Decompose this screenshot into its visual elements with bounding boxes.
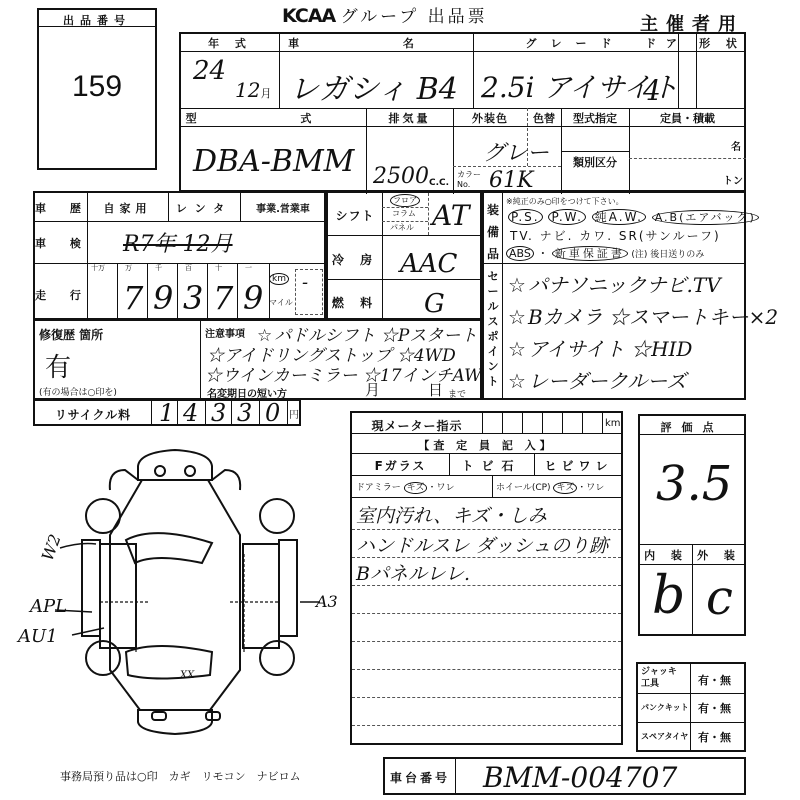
equip-ps[interactable]: P.S. xyxy=(508,209,543,225)
exterior-label: 外 装 xyxy=(692,547,746,563)
year-label: 年 式 xyxy=(181,35,279,51)
inspector-title: 【査 定 員 記 入】 xyxy=(352,437,621,453)
sales-point-3: アイサイト ☆HID xyxy=(508,333,692,362)
caution-label: 注意事項 xyxy=(205,325,245,340)
car-outline-icon xyxy=(0,430,350,740)
tool-punctkit-value[interactable]: 有・無 xyxy=(698,700,731,716)
history-label: 車 歴 xyxy=(35,200,87,216)
annotation-a3: A3 xyxy=(316,592,338,611)
tool-jack-label: ジャッキ 工具 xyxy=(641,666,687,690)
repair-caution-table: 修復歴 箇所 有 (有の場合は○印を) 注意事項 パドルシフト ☆Pスタート ☆… xyxy=(33,319,482,400)
fuel-value: G xyxy=(424,289,445,319)
annotation-au1: AU1 xyxy=(18,626,58,647)
month-value: 12月 xyxy=(235,78,271,102)
inspector-note-1: 室内汚れ、キズ・しみ xyxy=(356,501,547,528)
tools-box: ジャッキ 工具 有・無 パンクキット 有・無 スペアタイヤ 有・無 xyxy=(636,662,746,752)
equipment-row2[interactable]: TV. ナビ. カワ. SR(サンルーフ) xyxy=(510,227,721,244)
tool-spare-value[interactable]: 有・無 xyxy=(698,729,731,745)
model-label: 型 式 xyxy=(181,110,366,126)
tool-jack-value[interactable]: 有・無 xyxy=(698,672,731,688)
meter-label: 現メーター指示 xyxy=(352,417,482,434)
equipment-note: ※純正のみ○印をつけて下さい。 xyxy=(506,196,624,207)
mile-box: - xyxy=(295,269,323,315)
sales-point-1: パナソニックナビ.TV xyxy=(508,269,721,298)
history-option-private[interactable]: 自家用 xyxy=(87,200,168,216)
annotation-xx: XX xyxy=(180,670,194,681)
aircon-label: 冷 房 xyxy=(328,251,382,268)
score-value: 3.5 xyxy=(656,456,732,512)
equipment-table: 装備品 ※純正のみ○印をつけて下さい。 P.S. P.W. 純A.W. A.B(… xyxy=(482,191,746,400)
lot-number-box: 出品番号 159 xyxy=(37,8,157,170)
chassis-label: 車台番号 xyxy=(385,769,455,786)
name-label: 車 名 xyxy=(279,35,473,51)
tool-spare-label: スペアタイヤ xyxy=(641,731,688,742)
repair-label: 修復歴 箇所 xyxy=(39,326,103,343)
capacity-label: 定員・積載 xyxy=(629,110,746,126)
header-title: KCAA グループ 出品票 xyxy=(282,2,488,27)
capacity-ton-unit: トン xyxy=(723,172,743,187)
color-value: グレー xyxy=(483,136,549,167)
exterior-value: c xyxy=(706,570,733,626)
color-no-label: カラー No. xyxy=(457,170,481,190)
tool-punctkit-label: パンクキット xyxy=(641,702,689,713)
sales-point-2: Bカメラ ☆スマートキー×2 xyxy=(508,301,778,330)
doors-label: ドア xyxy=(636,35,696,51)
inspection-label: 車 検 xyxy=(35,235,87,251)
equip-warranty[interactable]: 新車保証書 xyxy=(552,246,628,261)
car-damage-diagram: W2 APL AU1 A3 XX xyxy=(0,430,350,740)
equipment-label: 装備品 xyxy=(484,199,502,265)
history-option-business[interactable]: 事業.営業車 xyxy=(240,200,326,215)
mileage-digits: 十万 万 千 百 十 一 7 9 3 7 9 xyxy=(87,263,269,320)
sales-points-label: セールスポイント xyxy=(484,269,502,389)
shift-label: シフト xyxy=(328,207,382,224)
equip-ab[interactable]: A.B(エアバック) xyxy=(652,210,759,225)
equip-abs[interactable]: ABS xyxy=(506,246,534,261)
caution-day-unit: 日 xyxy=(428,379,443,400)
interior-value: b xyxy=(652,566,685,626)
mileage-unit-mile[interactable]: マイル xyxy=(269,297,293,308)
chassis-box: 車台番号 BMM-004707 xyxy=(383,757,746,795)
recycle-unit: 円 xyxy=(289,406,299,421)
recycle-label: リサイクル料 xyxy=(35,406,151,423)
aircon-value: AAC xyxy=(400,249,457,279)
shape-label: 形 状 xyxy=(696,35,746,51)
mileage-label: 走 行 xyxy=(35,287,87,303)
displacement-value: 2500 xyxy=(373,164,429,189)
caution-expiry-label: 名変期日の短い方 xyxy=(207,385,287,400)
category-label: 類別区分 xyxy=(561,154,629,170)
repair-note: (有の場合は○印を) xyxy=(39,385,117,398)
mileage-unit-km[interactable]: km xyxy=(269,273,289,285)
caution-month-unit: 月 xyxy=(365,379,380,400)
inspector-chip: トビ石 xyxy=(449,457,534,474)
capacity-people-unit: 名 xyxy=(731,138,741,153)
displacement-label: 排気量 xyxy=(366,110,453,126)
inspector-fglass: Fガラス xyxy=(352,457,449,474)
meter-unit: km xyxy=(605,418,621,429)
history-table: 車 歴 自家用 レンタ 事業.営業車 車 検 R7年 12月 走 行 十万 万 … xyxy=(33,191,326,320)
interior-label: 内 装 xyxy=(640,547,692,563)
vehicle-table: 年 式 車 名 グレード ドア 形 状 24 12月 レガシィ B4 2.5i … xyxy=(179,32,746,192)
chassis-value: BMM-004707 xyxy=(483,761,677,794)
inspector-crack: ヒビワレ xyxy=(534,457,623,474)
repair-value: 有 xyxy=(45,347,71,384)
equip-pw[interactable]: P.W. xyxy=(548,209,585,225)
color-label: 外装色 xyxy=(453,110,527,126)
mirror-row: ドアミラー キズ・ワレ xyxy=(356,480,454,493)
equipment-row3: ABS ・ 新車保証書 (注) 後日送りのみ xyxy=(506,245,704,261)
caution-until: まで xyxy=(448,387,466,400)
lot-number: 159 xyxy=(39,70,155,104)
inspector-note-3: Bパネルレレ. xyxy=(356,559,470,586)
kcaa-logo: KCAA xyxy=(282,5,335,27)
score-box: 評価点 3.5 内 装 外 装 b c xyxy=(638,414,746,636)
history-option-rental[interactable]: レンタ xyxy=(168,200,240,216)
shift-value: AT xyxy=(432,199,469,232)
recycle-fee-box: リサイクル料 1 4 3 3 0 円 xyxy=(33,399,301,426)
doors-value: 4 xyxy=(643,74,661,107)
shift-position-panel[interactable]: パネル xyxy=(390,222,414,233)
equip-aw[interactable]: 純A.W. xyxy=(592,209,646,225)
car-name-value: レガシィ B4 xyxy=(289,64,458,108)
type-designation-label: 型式指定 xyxy=(561,110,629,126)
score-label: 評価点 xyxy=(640,419,744,435)
year-value: 24 xyxy=(193,56,226,86)
inspection-value: R7年 12月 xyxy=(123,227,233,258)
shift-ac-fuel-table: シフト 冷 房 燃 料 フロア コラム パネル AT AAC G xyxy=(326,191,482,320)
displacement-unit: C.C. xyxy=(429,178,449,188)
fuel-label: 燃 料 xyxy=(328,294,382,311)
inspector-note-2: ハンドルスレ ダッシュのり跡 xyxy=(356,531,608,558)
wheel-row: ホイール(CP) キズ・ワレ xyxy=(496,480,604,493)
color-change-label: 色替 xyxy=(527,110,561,126)
shift-position-floor[interactable]: フロア xyxy=(390,194,420,207)
shift-position-column[interactable]: コラム xyxy=(392,208,416,219)
color-no-value: 61K xyxy=(489,168,533,193)
inspector-box: 現メーター指示 km 【査 定 員 記 入】 Fガラス トビ石 ヒビワレ ドアミ… xyxy=(350,411,623,745)
annotation-apl: APL xyxy=(30,596,67,617)
office-note: 事務局預り品は○印 カギ リモコン ナビロム xyxy=(60,768,301,784)
sales-point-4: レーダークルーズ xyxy=(508,365,686,394)
model-value: DBA-BMM xyxy=(193,144,354,179)
equipment-row1: P.S. P.W. 純A.W. A.B(エアバック) xyxy=(508,208,759,225)
